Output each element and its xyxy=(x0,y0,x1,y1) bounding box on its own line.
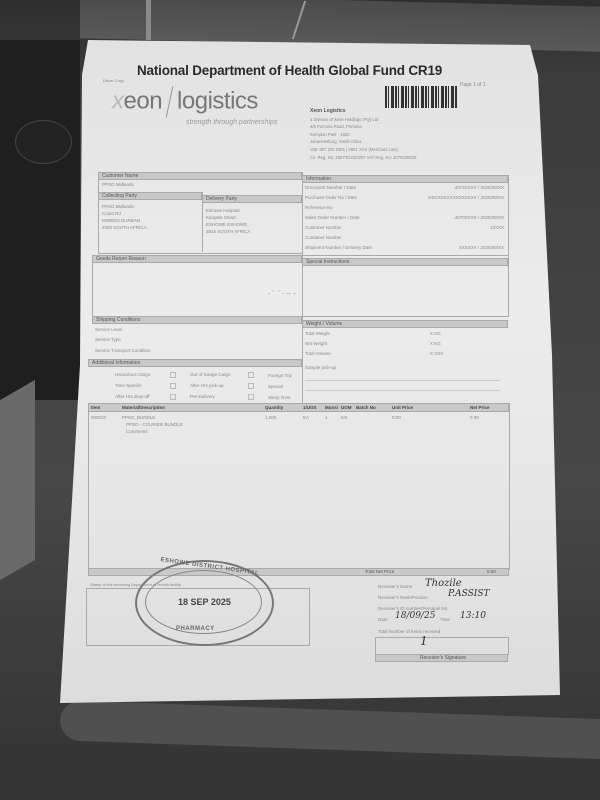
column-header: Batch No xyxy=(356,405,376,410)
info-value: DSCXXXXXXXXXXXXX / 2025/09/XX xyxy=(428,195,504,200)
company-address: Xeon Logistics a Division of Xeon Holdin… xyxy=(310,108,416,161)
shipping-conditions-header: Shipping Conditions xyxy=(92,316,302,324)
total-net-price-label: Total Net Price xyxy=(365,569,394,574)
total-volume-label: Total Volume xyxy=(305,351,331,356)
net-weight-label: Net Weight xyxy=(305,341,327,346)
cell-unit_price: 0.00 xyxy=(392,415,401,420)
column-header: UOM xyxy=(341,405,352,410)
after-hrs-dropoff-checkbox[interactable] xyxy=(170,394,176,400)
cell-uom: KG xyxy=(341,415,348,420)
logo-word-1: eon xyxy=(124,87,163,114)
cell-munsi: 1 xyxy=(325,415,328,420)
information-header: Information xyxy=(302,175,508,183)
collecting-party-address: PPSO Midlands Coast Rd MOBENI DURBAN 406… xyxy=(102,203,147,231)
column-header: Item xyxy=(91,405,100,410)
total-weight-value: X KG xyxy=(430,331,441,336)
cell-net_price: 0.00 xyxy=(470,415,479,420)
pre-delivery-label: Pre-Delivery xyxy=(190,394,215,399)
customer-header: Customer Name xyxy=(98,172,302,180)
total-net-price-value: 0.00 xyxy=(487,569,496,574)
address-line: ESHOWE ESHOWE xyxy=(206,221,251,228)
hazardous-cargo-label: Hazardous Cargo xyxy=(115,372,150,377)
time-specific-label: Time Specific xyxy=(115,383,142,388)
receiver-signature-label: Receiver's Signature xyxy=(375,654,508,662)
company-name: Xeon Logistics xyxy=(310,108,416,116)
info-label: Customer Number xyxy=(305,225,342,230)
column-header: Quantity xyxy=(265,405,283,410)
document-title: National Department of Health Global Fun… xyxy=(137,63,442,78)
column-header: 1/UOS xyxy=(303,405,317,410)
address-line: Johannesburg, South Africa xyxy=(310,138,416,146)
time-specific-checkbox[interactable] xyxy=(170,383,176,389)
total-weight-label: Total Weight xyxy=(305,331,330,336)
logo-tagline: strength through partnerships xyxy=(186,119,277,126)
time-value: 13:10 xyxy=(460,611,486,621)
foreign-trip-label: Foreign Trip xyxy=(268,373,292,378)
info-value: 10XXX xyxy=(490,225,504,230)
net-weight-value: X KG xyxy=(430,341,441,346)
pre-delivery-checkbox[interactable] xyxy=(248,394,254,400)
cell-item: 000010 xyxy=(91,415,106,420)
info-value: 4074XXXX / 2025/09/XX xyxy=(455,185,504,190)
logo-word-2: logistics xyxy=(177,87,258,114)
notes-line xyxy=(305,390,500,391)
special-instructions-header: Special Instructions xyxy=(302,258,508,266)
address-line: 4/6 Pomona Road, Pomona xyxy=(310,123,416,131)
address-line: Co. Reg. No: 2007/012023/07 VAT Reg. No:… xyxy=(310,154,416,162)
cell-material: PPSO_BUNDLE xyxy=(122,415,155,420)
receiver-name-label: Receiver's Name xyxy=(378,584,412,589)
hazardous-cargo-checkbox[interactable] xyxy=(170,372,176,378)
after-hrs-pickup-label: After Hrs pick-up xyxy=(190,383,224,388)
special-label: Special xyxy=(268,384,283,389)
faint-scribble: · ′ ˊ · -· - xyxy=(268,290,296,298)
additional-info-header: Additional Information xyxy=(88,359,302,367)
receiver-rank-value: P.ASSIST xyxy=(448,589,490,599)
time-label: Time xyxy=(440,617,450,622)
address-line: Eshowe Hospital xyxy=(206,207,251,214)
out-of-gauge-checkbox[interactable] xyxy=(248,372,254,378)
cell-description: PPSO - COURIER BUNDLE xyxy=(126,422,183,427)
info-label: Container Number xyxy=(305,235,342,240)
delivery-party-address: Eshowe Hospital Kangela Street ESHOWE ES… xyxy=(206,207,251,235)
total-items-box xyxy=(375,637,509,655)
address-line: Kangela Street xyxy=(206,214,251,221)
service-transport-label: Service Transport Condition xyxy=(95,348,151,353)
total-volume-value: X XXX xyxy=(430,351,443,356)
page-number: Page 1 of 1 xyxy=(460,82,486,88)
info-label: Purchase Order No / Date xyxy=(305,195,357,200)
column-header: Net Price xyxy=(470,405,490,410)
column-header: Material/Description xyxy=(122,405,165,410)
info-value: 4070XXXX / 2025/09/XX xyxy=(455,215,504,220)
notes-line xyxy=(305,380,500,381)
logo-prefix: x xyxy=(112,87,124,114)
company-logo: xeonlogistics xyxy=(112,86,258,118)
stamp-department: PHARMACY xyxy=(176,626,215,632)
address-line: PPSO Midlands xyxy=(102,203,147,210)
date-value: 18/09/25 xyxy=(395,611,435,621)
info-value: XXXXXX / 2025/09/XX xyxy=(459,245,504,250)
customer-name: PPSO Midlands xyxy=(102,182,134,187)
out-of-gauge-label: Out of Gauge Cargo xyxy=(190,372,231,377)
cell-quantity: 1.000 xyxy=(265,415,276,420)
info-label: Document Number / Date xyxy=(305,185,356,190)
address-line: Coast Rd xyxy=(102,210,147,217)
column-header: Munsi xyxy=(325,405,338,410)
total-items-value: 1 xyxy=(420,634,428,648)
copy-label: Driver Copy xyxy=(103,78,124,83)
delivery-note: National Department of Health Global Fun… xyxy=(0,0,600,800)
divider xyxy=(302,255,303,405)
cell-uos: EA xyxy=(303,415,309,420)
receiver-rank-label: Receiver's Rank/Position xyxy=(378,595,428,600)
after-hrs-dropoff-label: After Hrs drop-off xyxy=(115,394,149,399)
date-label: Date xyxy=(378,617,388,622)
stamp-date: 18 SEP 2025 xyxy=(178,597,231,607)
weight-volume-header: Weight / Volume xyxy=(302,320,508,328)
logo-separator xyxy=(166,86,174,118)
divider xyxy=(202,192,203,252)
address-line: MOBENI DURBAN xyxy=(102,217,147,224)
info-label: Sales Order Number / Date xyxy=(305,215,360,220)
address-line: 4060 SOUTH AFRICA xyxy=(102,224,147,231)
notes-label: Sample pick-up xyxy=(305,365,336,370)
info-label: Reference No xyxy=(305,205,333,210)
address-line: Kempton Park - 1620 xyxy=(310,131,416,139)
address-line: Vatt: 087 230 0301 | 0861 XXX (Merchant … xyxy=(310,146,416,154)
address-line: a Division of Xeon Holdings (Pty) Ltd xyxy=(310,116,416,124)
goods-return-header: Goods Return Reason xyxy=(92,255,302,263)
sleep-over-label: Sleep Over xyxy=(268,395,291,400)
items-table xyxy=(88,403,510,570)
address-line: 3815 SOUTH AFRICA xyxy=(206,228,251,235)
receiver-name-value: Thozile xyxy=(425,578,462,589)
barcode-icon xyxy=(385,86,458,108)
cell-comments: Comments xyxy=(126,429,148,434)
delivery-party-header: Delivery Party xyxy=(202,195,302,203)
service-level-label: Service Level xyxy=(95,327,122,332)
info-label: Shipment Number / Delivery Date xyxy=(305,245,372,250)
after-hrs-pickup-checkbox[interactable] xyxy=(248,383,254,389)
service-type-label: Service Type xyxy=(95,337,121,342)
total-items-label: Total Number of Items received xyxy=(378,629,440,634)
collecting-party-header: Collecting Party xyxy=(98,192,202,200)
column-header: Unit Price xyxy=(392,405,413,410)
